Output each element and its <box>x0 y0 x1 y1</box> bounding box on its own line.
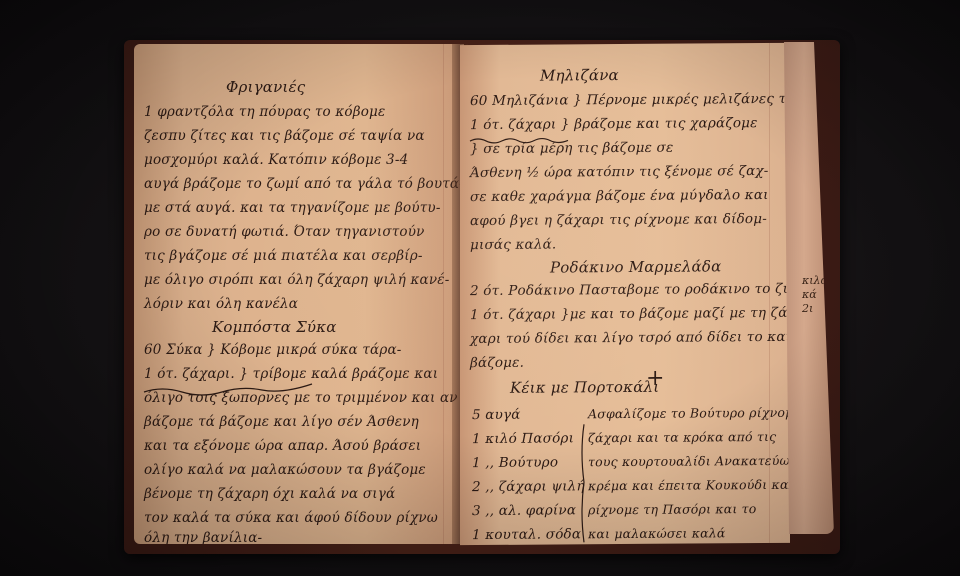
left-line: βένομε τη ζάχαρη όχι καλά να σιγά <box>144 486 395 502</box>
left-title-frigania: Φριγανιές <box>226 78 305 96</box>
right-title-melitzana: Μηλιζάνα <box>540 66 619 85</box>
right-title-rodakino: Ροδάκινο Μαρμελάδα <box>550 257 721 276</box>
instruction: ζάχαρι και τα κρόκα από τις <box>588 429 776 445</box>
left-line: όλη την βανίλια- <box>144 530 262 544</box>
right-line: μισάς καλά. <box>470 236 556 253</box>
right-line: αφού βγει η ζάχαρι τις ρίχνομε και δίδομ… <box>470 211 767 229</box>
cross-mark: + <box>646 366 665 391</box>
right-line: 1 ότ. ζάχαρι }με και το βάζομε μαζί με τ… <box>470 305 790 323</box>
left-line: μοσχομύρι καλά. Κατόπιν κόβομε 3-4 <box>144 152 408 168</box>
instruction: κρέμα και έπειτα Κουκούδι καλά <box>588 477 790 494</box>
left-page: Φριγανιές 1 φραντζόλα τη πόυρας το κόβομ… <box>134 44 464 544</box>
left-line: τον καλά τα σύκα και άφού δίδουν ρίχνω <box>144 510 438 526</box>
left-title-kombosta: Κομπόστα Σύκα <box>212 318 337 336</box>
left-line: 60 Σύκα } Κόβομε μικρά σύκα τάρα- <box>144 342 402 358</box>
ingredient: 1 κιλό Πασόρι <box>472 430 574 447</box>
instruction: τους κουρτουαλίδι Ανακατεύω <box>588 453 790 469</box>
right-line: χαρι τού δίδει και λίγο τσρό από δίδει τ… <box>470 329 790 347</box>
left-line: 1 φραντζόλα τη πόυρας το κόβομε <box>144 104 385 120</box>
right-line: βάζομε. <box>470 355 524 371</box>
right-title-keik: Κέικ με Πορτοκάλι <box>510 378 659 397</box>
left-line: και τα εξόνομε ώρα απαρ. Άσού βράσει <box>144 438 421 454</box>
left-line: ρο σε δυνατή φωτιά. Όταν τηγανιστούν <box>144 224 425 240</box>
ingredient: 1 ,, Βούτυρο <box>472 454 558 471</box>
ingredient: 1 κουταλ. σόδα <box>472 526 581 543</box>
edge-note: κά <box>802 288 828 302</box>
left-line: τις βγάζομε σέ μιά πιατέλα και σερβίρ- <box>144 248 423 264</box>
left-line: με όλιγο σιρόπι και όλη ζάχαρη ψιλή κανέ… <box>144 272 449 288</box>
edge-note: 2ι <box>802 302 828 316</box>
right-line: } σε τρία μέρη τις βάζομε σε <box>470 140 673 157</box>
left-line: λόριν και όλη κανέλα <box>144 296 298 312</box>
ingredient: 5 αυγά <box>472 407 521 423</box>
right-line: Άσθενη ½ ώρα κατόπιν τις ξένομε σέ ζαχ- <box>470 163 769 181</box>
left-line: 1 ότ. ζάχαρι. } τρίβομε καλά βράζομε και <box>144 366 438 382</box>
ingredient: 2 ,, ζάχαρι ψιλή <box>472 478 585 495</box>
right-line: 2 ότ. Ροδάκινο Πασταβομε το ροδάκινο το … <box>470 281 790 299</box>
left-line: ζεσπυ ζίτες και τις βάζομε σέ ταψία να <box>144 128 425 144</box>
left-line: με στά αυγά. και τα τηγανίζομε με βούτυ- <box>144 200 441 216</box>
left-line: βάζομε τά βάζομε και λίγο σέν Άσθενη <box>144 414 419 430</box>
brace <box>578 422 588 544</box>
left-line: όλιγο τοις ξωπορνες με το τριμμένον και … <box>144 390 458 406</box>
right-line: 1 ότ. ζάχαρι } βράζομε και τις χαράζομε <box>470 115 758 133</box>
instruction: Ασφαλίζομε το Βούτυρο ρίχνομε τη <box>588 405 790 422</box>
right-line: 60 Μηλιζάνια } Πέρνομε μικρές μελιζάνες … <box>470 91 790 109</box>
right-line: σε καθε χαράγμα βάζομε ένα μύγδαλο και <box>470 187 769 205</box>
right-page: Μηλιζάνα 60 Μηλιζάνια } Πέρνομε μικρές μ… <box>460 43 790 545</box>
instruction: ρίχνομε τη Πασόρι και το <box>588 501 757 517</box>
instruction: και μαλακώσει καλά <box>588 525 726 541</box>
ingredient: 3 ,, αλ. φαρίνα <box>472 502 576 519</box>
notebook: Φριγανιές 1 φραντζόλα τη πόυρας το κόβομ… <box>120 36 840 556</box>
left-line: αυγά βράζομε το ζωμί από τα γάλα τό βουτ… <box>144 176 464 192</box>
left-line: ολίγο καλά να μαλακώσουν τα βγάζομε <box>144 462 426 478</box>
